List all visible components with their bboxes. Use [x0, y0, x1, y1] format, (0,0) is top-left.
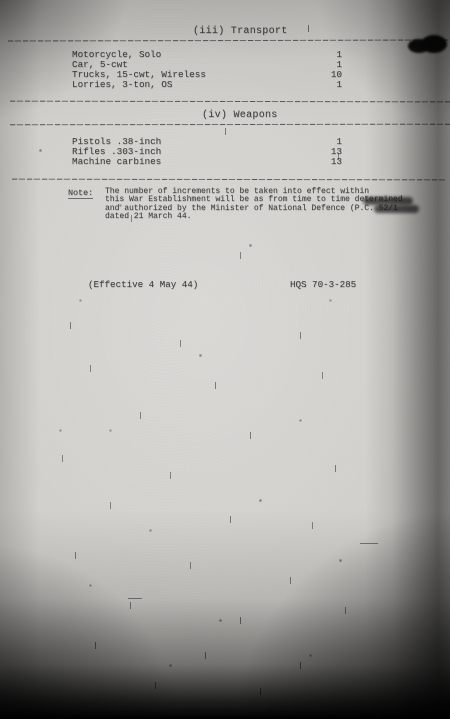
- weapons-section-heading: (iv) Weapons: [202, 110, 278, 121]
- note-label: Note:: [68, 188, 93, 199]
- effective-date: (Effective 4 May 44): [88, 279, 198, 290]
- item-quantity: 13: [302, 157, 342, 167]
- divider-rule: [12, 179, 445, 181]
- divider-rule: [10, 124, 450, 126]
- divider-rule: [10, 101, 450, 103]
- ink-smudge: [374, 205, 419, 213]
- item-quantity: 1: [302, 80, 342, 90]
- ink-blob-stain: [421, 35, 447, 53]
- note-paragraph: The number of increments to be taken int…: [105, 188, 403, 222]
- scanned-document-page: (iii) Transport Motorcycle, Solo 1 Car, …: [0, 0, 450, 719]
- transport-list: Motorcycle, Solo 1 Car, 5-cwt 1 Trucks, …: [72, 50, 342, 90]
- divider-rule: [8, 40, 450, 42]
- file-reference: HQS 70-3-285: [290, 279, 356, 290]
- note-line: dated 21 March 44.: [105, 213, 403, 221]
- item-label: Lorries, 3-ton, OS: [72, 80, 302, 90]
- document-content: (iii) Transport Motorcycle, Solo 1 Car, …: [0, 0, 450, 719]
- weapons-list: Pistols .38-inch 1 Rifles .303-inch 13 M…: [72, 137, 342, 167]
- item-label: Machine carbines: [72, 157, 302, 167]
- table-row: Machine carbines 13: [72, 157, 342, 167]
- transport-section-heading: (iii) Transport: [193, 26, 288, 37]
- ink-smudge: [363, 197, 413, 205]
- table-row: Lorries, 3-ton, OS 1: [72, 80, 342, 90]
